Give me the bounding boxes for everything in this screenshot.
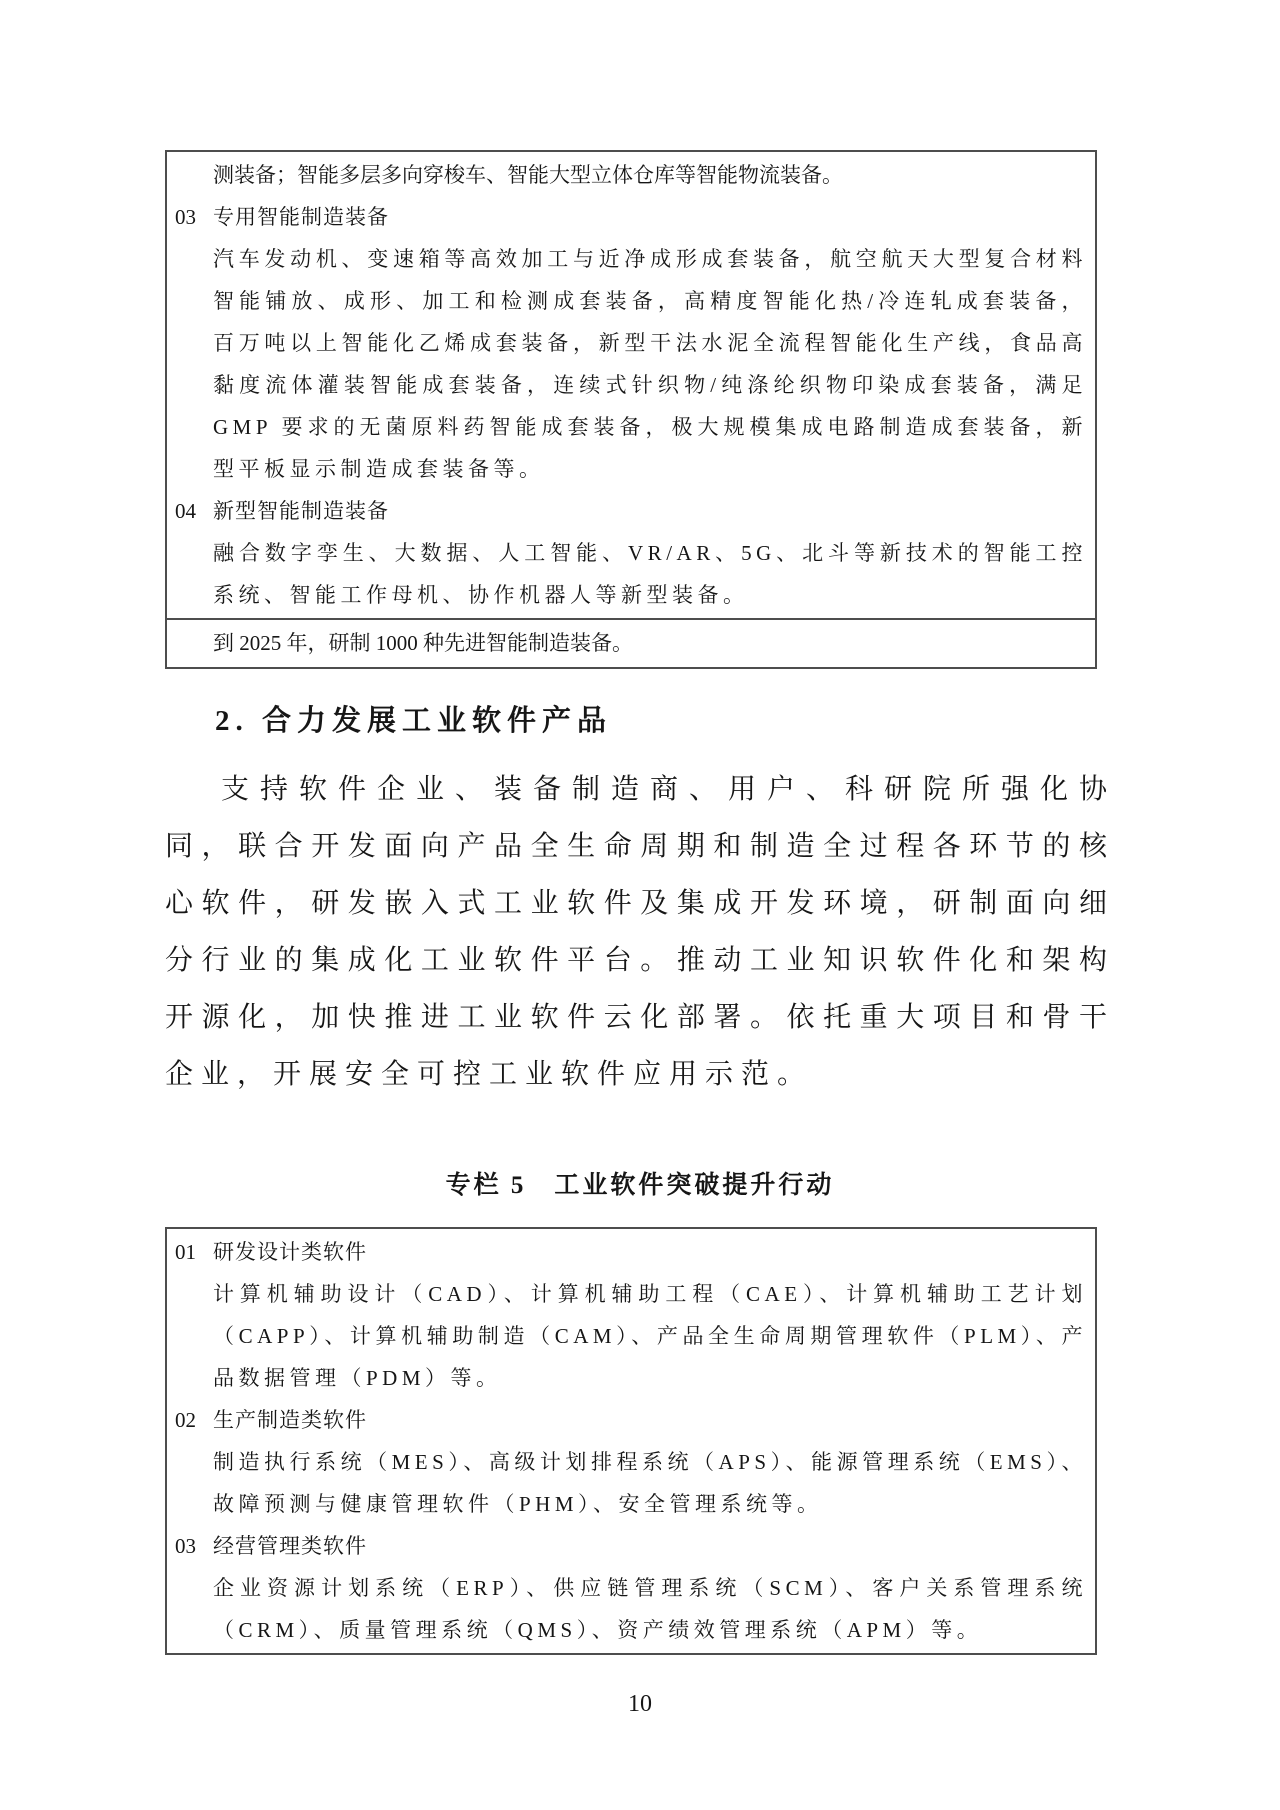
box-item: 04 新型智能制造装备 融合数字孪生、大数据、人工智能、VR/AR、5G、北斗等…: [167, 490, 1087, 616]
box-item: 03 专用智能制造装备 汽车发动机、变速箱等高效加工与近净成形成套装备，航空航天…: [167, 196, 1087, 490]
item-title: 专用智能制造装备: [213, 196, 389, 238]
item-title: 生产制造类软件: [213, 1399, 367, 1441]
software-box-body: 01 研发设计类软件 计算机辅助设计（CAD）、计算机辅助工程（CAE）、计算机…: [167, 1229, 1095, 1653]
item-body: 汽车发动机、变速箱等高效加工与近净成形成套装备，航空航天大型复合材料智能铺放、成…: [167, 238, 1087, 490]
item-title: 研发设计类软件: [213, 1231, 367, 1273]
box-item-head: 03 经营管理类软件: [167, 1525, 1087, 1567]
box-item: 03 经营管理类软件 企业资源计划系统（ERP）、供应链管理系统（SCM）、客户…: [167, 1525, 1087, 1651]
box-item-head: 03 专用智能制造装备: [167, 196, 1087, 238]
page-content: 测装备；智能多层多向穿梭车、智能大型立体仓库等智能物流装备。 03 专用智能制造…: [165, 150, 1115, 1719]
item-body: 企业资源计划系统（ERP）、供应链管理系统（SCM）、客户关系管理系统（CRM）…: [167, 1567, 1087, 1651]
item-title: 新型智能制造装备: [213, 490, 389, 532]
box-item-head: 01 研发设计类软件: [167, 1231, 1087, 1273]
item-number: 04: [167, 490, 213, 532]
equipment-box-body: 测装备；智能多层多向穿梭车、智能大型立体仓库等智能物流装备。 03 专用智能制造…: [167, 152, 1095, 618]
item-body: 融合数字孪生、大数据、人工智能、VR/AR、5G、北斗等新技术的智能工控系统、智…: [167, 532, 1087, 616]
equipment-box: 测装备；智能多层多向穿梭车、智能大型立体仓库等智能物流装备。 03 专用智能制造…: [165, 150, 1097, 669]
software-box: 01 研发设计类软件 计算机辅助设计（CAD）、计算机辅助工程（CAE）、计算机…: [165, 1227, 1097, 1655]
page-number: 10: [165, 1689, 1115, 1719]
item-number: 03: [167, 1525, 213, 1567]
item-body: 制造执行系统（MES）、高级计划排程系统（APS）、能源管理系统（EMS）、故障…: [167, 1441, 1087, 1525]
box-item-head: 02 生产制造类软件: [167, 1399, 1087, 1441]
item-number: 01: [167, 1231, 213, 1273]
box5-caption: 专栏 5 工业软件突破提升行动: [165, 1169, 1115, 1203]
body-paragraph: 支持软件企业、装备制造商、用户、科研院所强化协同，联合开发面向产品全生命周期和制…: [165, 761, 1115, 1103]
equipment-box-footer: 到 2025 年，研制 1000 种先进智能制造装备。: [167, 618, 1095, 667]
item-number: 02: [167, 1399, 213, 1441]
document-page: { "page": { "number": "10" }, "equip_box…: [0, 0, 1280, 1810]
continuation-line: 测装备；智能多层多向穿梭车、智能大型立体仓库等智能物流装备。: [167, 154, 1087, 196]
box-item-head: 04 新型智能制造装备: [167, 490, 1087, 532]
box-item: 02 生产制造类软件 制造执行系统（MES）、高级计划排程系统（APS）、能源管…: [167, 1399, 1087, 1525]
item-body: 计算机辅助设计（CAD）、计算机辅助工程（CAE）、计算机辅助工艺计划（CAPP…: [167, 1273, 1087, 1399]
item-title: 经营管理类软件: [213, 1525, 367, 1567]
item-number: 03: [167, 196, 213, 238]
section-heading: 2. 合力发展工业软件产品: [215, 701, 1115, 741]
box-item: 01 研发设计类软件 计算机辅助设计（CAD）、计算机辅助工程（CAE）、计算机…: [167, 1231, 1087, 1399]
